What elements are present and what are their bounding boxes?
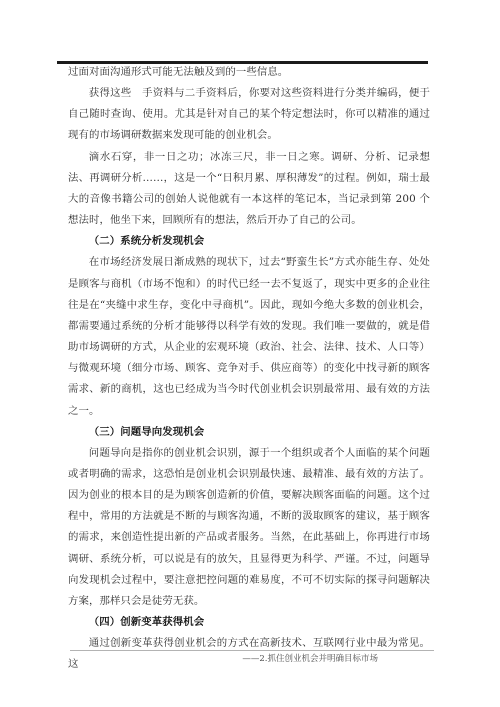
section-heading-2-systematic-analysis: （二）系统分析发现机会: [68, 231, 430, 252]
footer-rule: [70, 650, 434, 651]
section-heading-3-problem-oriented: （三）问题导向发现机会: [68, 422, 430, 443]
paragraph-persistence-example: 滴水石穿，非一日之功；冰冻三尺，非一日之寒。调研、分析、记录想法、再调研分析………: [68, 147, 430, 232]
section-heading-4-innovation-change: （四）创新变革获得机会: [68, 612, 430, 633]
page-body: 过面对面沟通形式可能无法触及到的一些信息。 获得这些 手资料与二手资料后，你要对…: [68, 62, 430, 676]
document-page: 过面对面沟通形式可能无法触及到的一些信息。 获得这些 手资料与二手资料后，你要对…: [0, 0, 500, 707]
footer-caption: ——2.抓住创业机会并明确目标市场: [242, 653, 378, 665]
paragraph-continued-from-previous-page: 过面对面沟通形式可能无法触及到的一些信息。: [68, 62, 430, 83]
paragraph-problem-oriented: 问题导向是指你的创业机会识别，源于一个组织或者个人面临的某个问题或者明确的需求，…: [68, 443, 430, 612]
paragraph-systematic-analysis: 在市场经济发展日渐成熟的现状下，过去“野蛮生长”方式亦能生存、处处是顾客与商机（…: [68, 252, 430, 421]
paragraph-classify-research-data: 获得这些 手资料与二手资料后，你要对这些资料进行分类并编码，便于自己随时查询、使…: [68, 83, 430, 146]
